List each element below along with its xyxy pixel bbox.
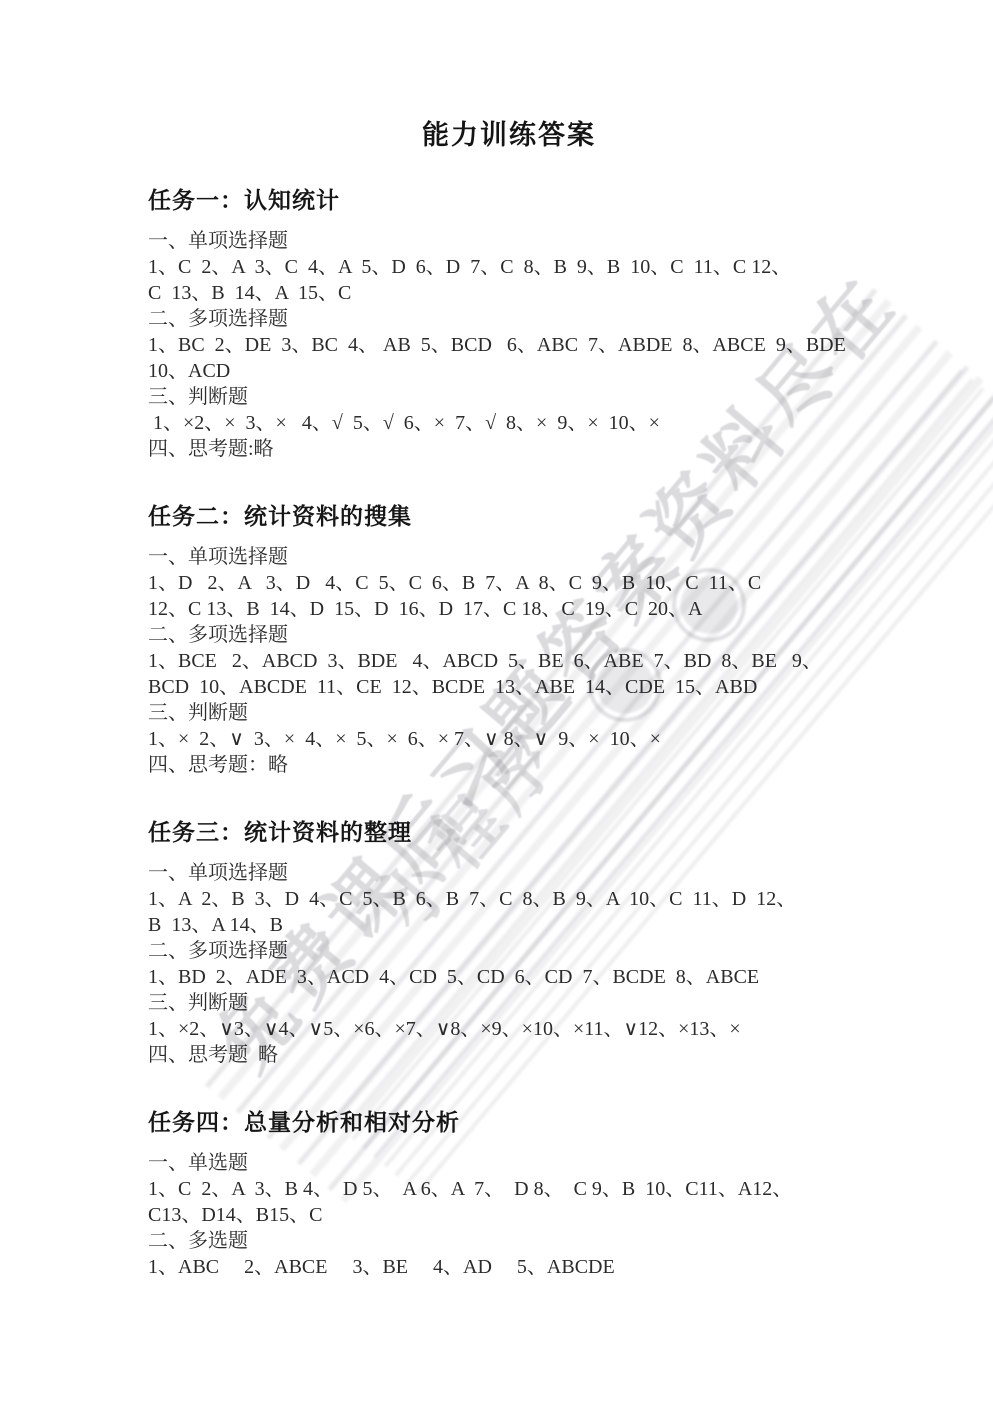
section-task-2: 任务二：统计资料的搜集 一、单项选择题 1、D 2、A 3、D 4、C 5、C …: [148, 502, 870, 778]
answer-line: 1、C 2、A 3、B 4、 D 5、 A 6、A 7、 D 8、 C 9、B …: [148, 1176, 870, 1202]
answer-line: 1、×2、× 3、× 4、√ 5、√ 6、× 7、√ 8、× 9、× 10、×: [148, 410, 870, 436]
page-title: 能力训练答案: [148, 118, 870, 152]
question-type-label: 一、单项选择题: [148, 544, 870, 570]
section-task-4: 任务四：总量分析和相对分析 一、单选题 1、C 2、A 3、B 4、 D 5、 …: [148, 1108, 870, 1280]
document-content: 能力训练答案 任务一：认知统计 一、单项选择题 1、C 2、A 3、C 4、A …: [148, 118, 870, 1280]
answer-line: B 13、A 14、B: [148, 912, 870, 938]
answer-line: BCD 10、ABCDE 11、CE 12、BCDE 13、ABE 14、CDE…: [148, 674, 870, 700]
answer-line: 10、ACD: [148, 358, 870, 384]
document-page: 免费课后习题答案资料尽在 小程序 能力训练答案 任务一：认知统计 一、单项选择题…: [0, 0, 993, 1404]
answer-line: 四、思考题 略: [148, 1042, 870, 1068]
section-heading: 任务二：统计资料的搜集: [148, 502, 870, 530]
answer-line: C 13、B 14、A 15、C: [148, 280, 870, 306]
question-type-label: 二、多项选择题: [148, 306, 870, 332]
answer-line: 1、BCE 2、ABCD 3、BDE 4、ABCD 5、BE 6、ABE 7、B…: [148, 648, 870, 674]
answer-line: 1、C 2、A 3、C 4、A 5、D 6、D 7、C 8、B 9、B 10、C…: [148, 254, 870, 280]
answer-line: 12、C 13、B 14、D 15、D 16、D 17、C 18、C 19、C …: [148, 596, 870, 622]
question-type-label: 二、多项选择题: [148, 938, 870, 964]
section-task-1: 任务一：认知统计 一、单项选择题 1、C 2、A 3、C 4、A 5、D 6、D…: [148, 186, 870, 462]
answer-line: 1、D 2、A 3、D 4、C 5、C 6、B 7、A 8、C 9、B 10、C…: [148, 570, 870, 596]
question-type-label: 二、多项选择题: [148, 622, 870, 648]
question-type-label: 一、单选题: [148, 1150, 870, 1176]
section-heading: 任务一：认知统计: [148, 186, 870, 214]
section-heading: 任务四：总量分析和相对分析: [148, 1108, 870, 1136]
answer-line: C13、D14、B15、C: [148, 1202, 870, 1228]
answer-line: 1、× 2、∨ 3、× 4、× 5、× 6、× 7、∨ 8、∨ 9、× 10、×: [148, 726, 870, 752]
answer-line: 四、思考题:略: [148, 436, 870, 462]
question-type-label: 一、单项选择题: [148, 228, 870, 254]
question-type-label: 三、判断题: [148, 700, 870, 726]
answer-line: 1、A 2、B 3、D 4、C 5、B 6、B 7、C 8、B 9、A 10、C…: [148, 886, 870, 912]
question-type-label: 一、单项选择题: [148, 860, 870, 886]
question-type-label: 二、多选题: [148, 1228, 870, 1254]
answer-line: 四、思考题：略: [148, 752, 870, 778]
question-type-label: 三、判断题: [148, 990, 870, 1016]
section-heading: 任务三：统计资料的整理: [148, 818, 870, 846]
question-type-label: 三、判断题: [148, 384, 870, 410]
answer-line: 1、×2、∨3、∨4、∨5、×6、×7、∨8、×9、×10、×11、∨12、×1…: [148, 1016, 870, 1042]
answer-line: 1、BD 2、ADE 3、ACD 4、CD 5、CD 6、CD 7、BCDE 8…: [148, 964, 870, 990]
section-task-3: 任务三：统计资料的整理 一、单项选择题 1、A 2、B 3、D 4、C 5、B …: [148, 818, 870, 1068]
answer-line: 1、ABC 2、ABCE 3、BE 4、AD 5、ABCDE: [148, 1254, 870, 1280]
answer-line: 1、BC 2、DE 3、BC 4、 AB 5、BCD 6、ABC 7、ABDE …: [148, 332, 870, 358]
